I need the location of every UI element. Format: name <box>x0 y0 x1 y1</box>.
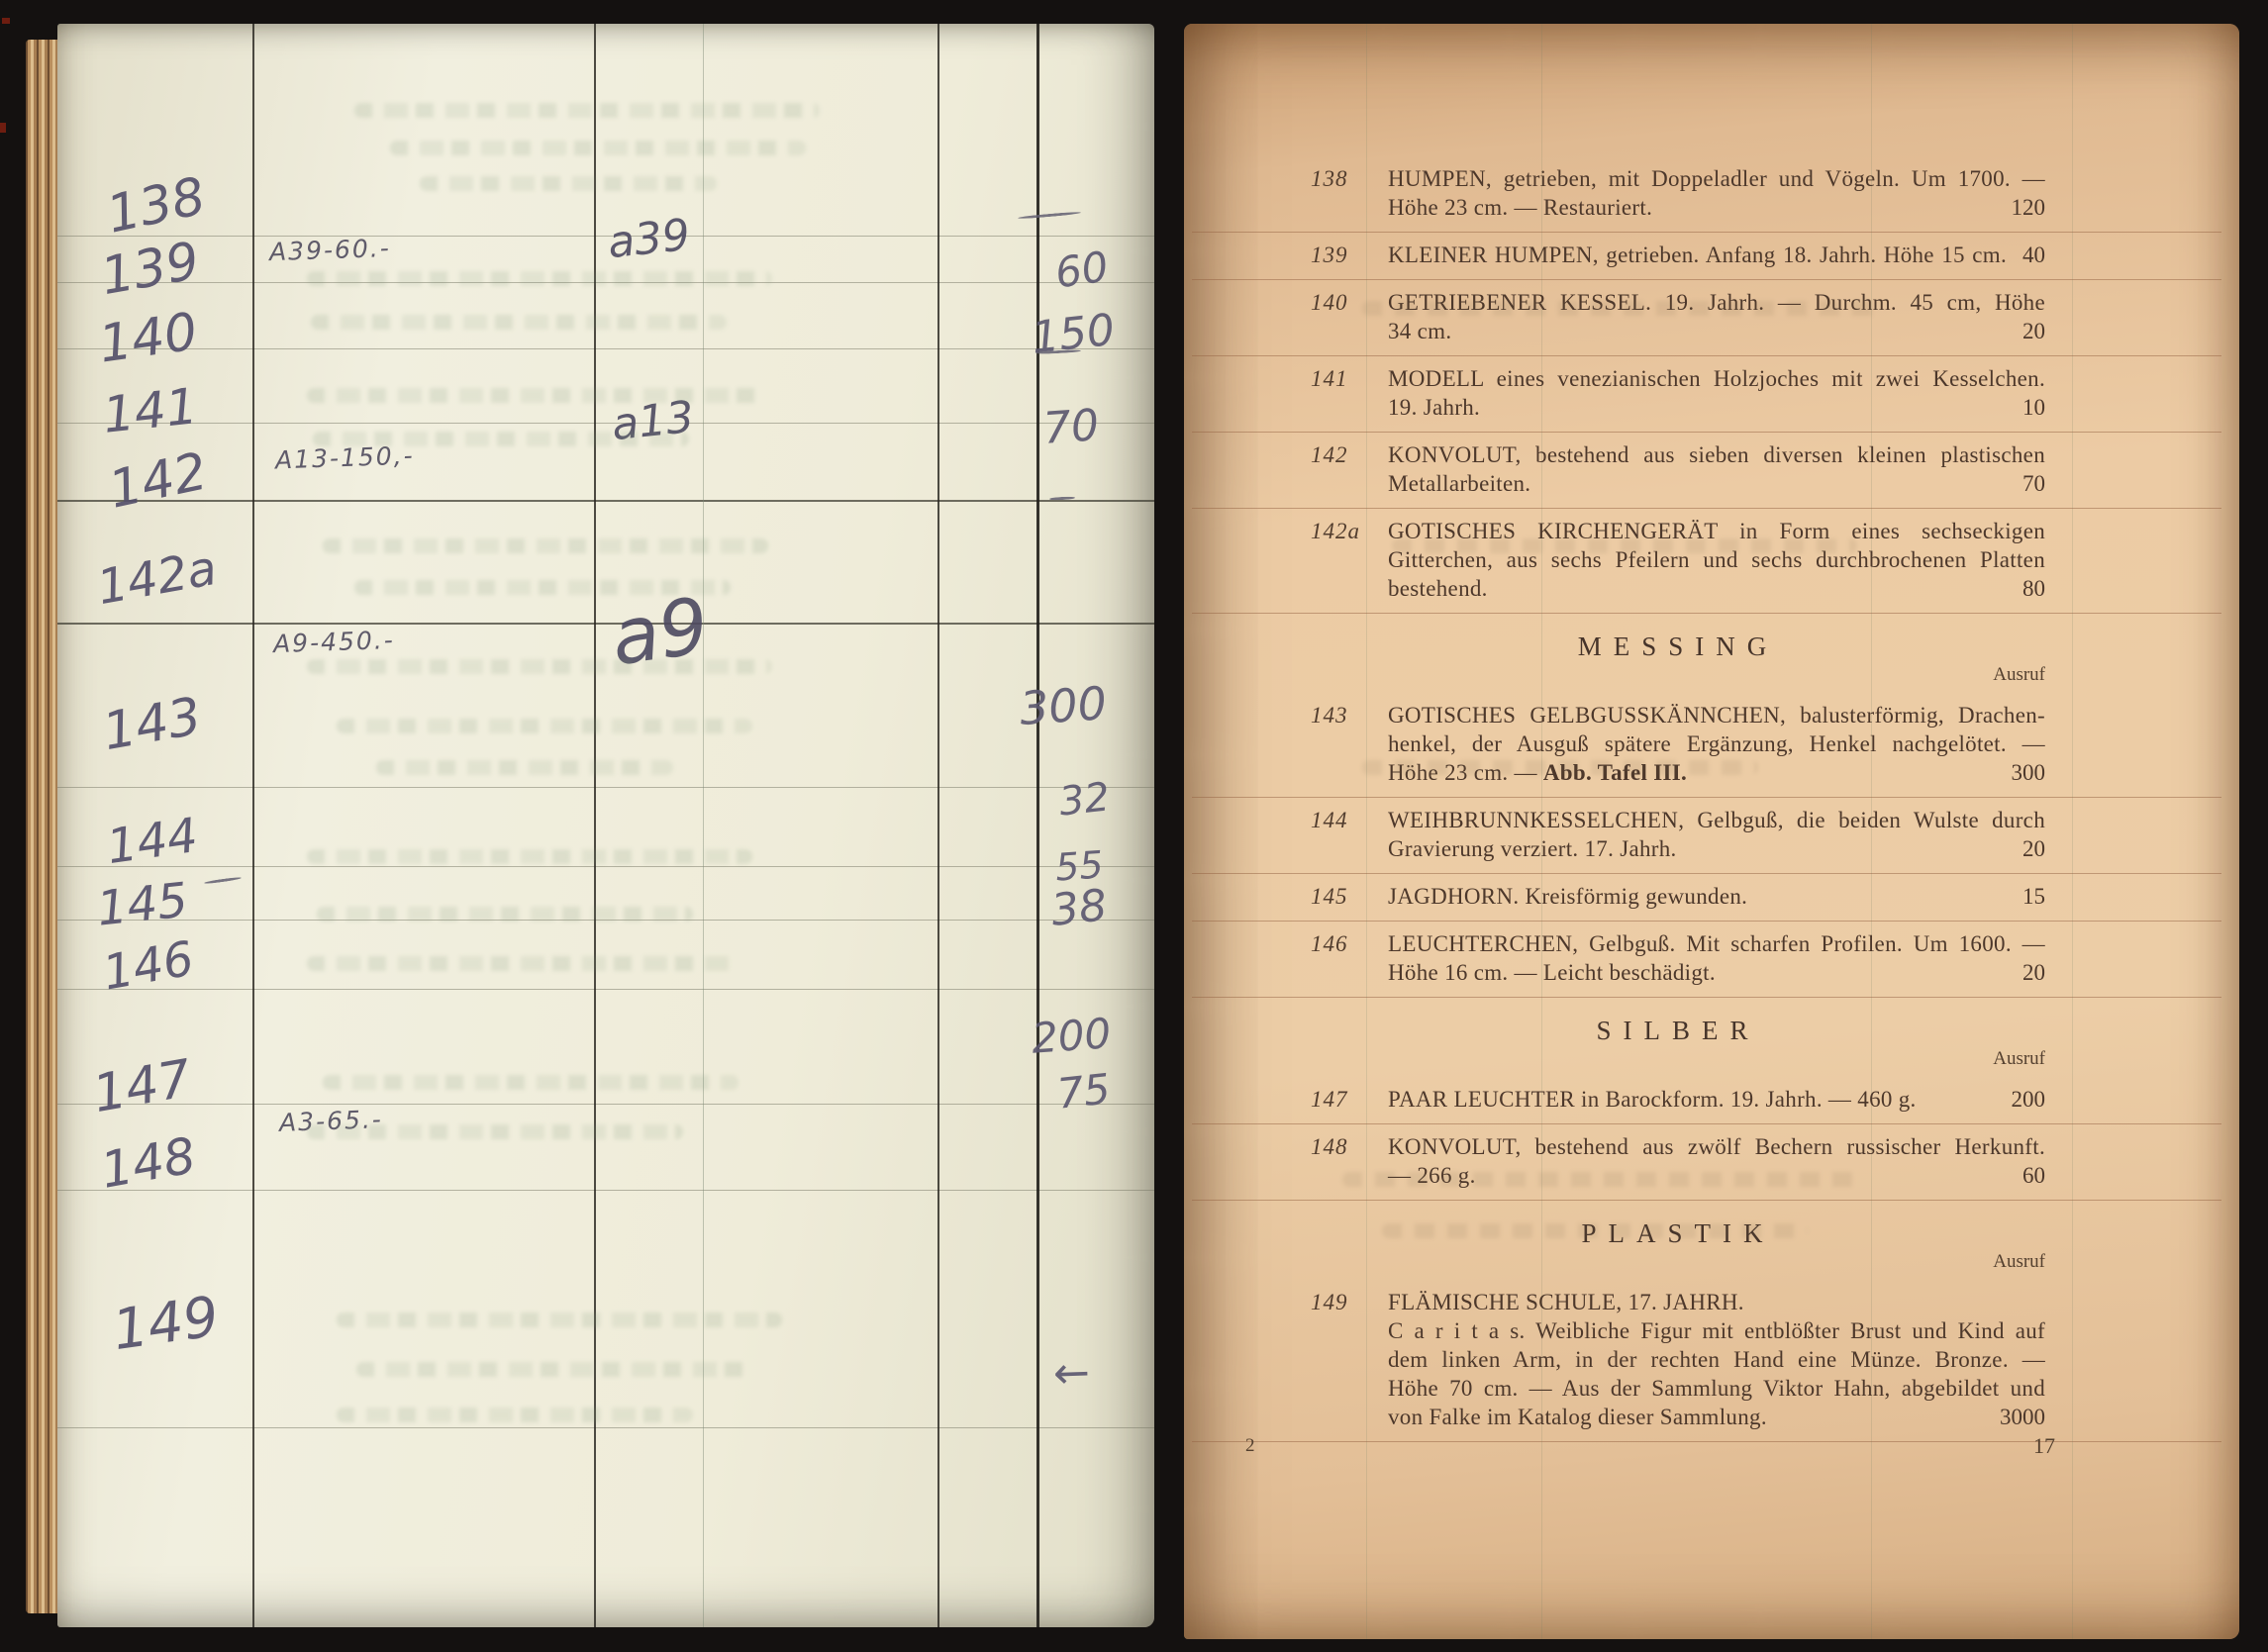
handwritten-price: 75 <box>1055 1068 1113 1115</box>
entry-text: WEIHBRUNNKESSELCHEN, Gelbguß, die beiden… <box>1388 806 2045 834</box>
bleed-through-text <box>317 907 693 922</box>
lot-number: 146 <box>1311 929 1388 987</box>
entry-body: HUMPEN, getrieben, mit Doppeladler und V… <box>1388 164 2045 222</box>
entry-line: PAAR LEUCHTER in Barockform. 19. Jahrh. … <box>1388 1085 2045 1114</box>
entry-line: Höhe 70 cm. — Aus der Sammlung Viktor Ha… <box>1388 1374 2045 1403</box>
handwritten-lot-number: 141 <box>101 381 200 440</box>
bleed-through-text <box>307 659 772 674</box>
entry-body: PAAR LEUCHTER in Barockform. 19. Jahrh. … <box>1388 1085 2045 1114</box>
handwritten-lot-number: 145 <box>95 876 190 932</box>
ausruf-price: 3000 <box>2000 1403 2045 1431</box>
entry-text: Höhe 70 cm. — Aus der Sammlung Viktor Ha… <box>1388 1374 2045 1403</box>
catalog-entry: 139KLEINER HUMPEN, getrieben. Anfang 18.… <box>1192 233 2221 280</box>
catalog-entry: 140GETRIEBENER KESSEL. 19. Jahrh. — Durc… <box>1192 280 2221 356</box>
handwritten-lot-number: 142 <box>105 445 212 517</box>
entry-line: 34 cm.20 <box>1388 317 2045 345</box>
ruled-line <box>57 989 1154 990</box>
ausruf-price: 20 <box>2022 317 2045 345</box>
catalog-entry: 141MODELL eines venezianischen Holzjoche… <box>1192 356 2221 433</box>
ruled-line <box>57 500 1154 502</box>
entry-line: bestehend.80 <box>1388 574 2045 603</box>
lot-number: 149 <box>1311 1288 1388 1431</box>
entry-text: henkel, der Ausguß spätere Ergänzung, He… <box>1388 729 2045 758</box>
entry-text: KONVOLUT, bestehend aus sieben diversen … <box>1388 440 2045 469</box>
section-title: MESSING <box>1311 630 2045 663</box>
entry-text: C a r i t a s. Weibliche Figur mit entbl… <box>1388 1316 2045 1345</box>
entry-text: Metallarbeiten. <box>1388 469 2007 498</box>
bleed-through-text <box>356 1362 752 1377</box>
catalog-entry: 142KONVOLUT, bestehend aus sieben divers… <box>1192 433 2221 509</box>
entry-line: Gravierung verziert. 17. Jahrh.20 <box>1388 834 2045 863</box>
handwritten-lot-number: 147 <box>89 1053 195 1120</box>
ruled-line <box>57 623 1154 625</box>
handwritten-lot-number: 142a <box>94 544 221 612</box>
entry-body: JAGDHORN. Kreisförmig gewunden.15 <box>1388 882 2045 911</box>
entry-text: KONVOLUT, bestehend aus zwölf Bechern ru… <box>1388 1132 2045 1161</box>
entry-body: FLÄMISCHE SCHULE, 17. JAHRH.C a r i t a … <box>1388 1288 2045 1431</box>
ausruf-price: 15 <box>2022 882 2045 911</box>
bleed-through-text <box>1362 301 1877 316</box>
bleed-through-text <box>390 141 806 155</box>
entry-text: bestehend. <box>1388 574 2007 603</box>
bleed-through-text <box>376 760 673 775</box>
entry-text: MODELL eines venezianischen Holzjoches m… <box>1388 364 2045 393</box>
ruled-line <box>57 348 1154 349</box>
page-edge-stack <box>26 40 59 1613</box>
bleed-through-text <box>311 315 727 330</box>
ausruf-price: 60 <box>2022 1161 2045 1190</box>
entry-line: GOTISCHES GELBGUSSKÄNNCHEN, balusterförm… <box>1388 701 2045 729</box>
handwritten-lot-number: 146 <box>100 934 198 997</box>
section-header-block: MESSINGAusruf <box>1311 630 2045 687</box>
ruled-line <box>57 1190 1154 1191</box>
catalog-entry: 147PAAR LEUCHTER in Barockform. 19. Jahr… <box>1192 1077 2221 1124</box>
page-number: 17 <box>2033 1433 2055 1459</box>
bleed-through-text <box>1382 1223 1808 1238</box>
ruled-line <box>57 1104 1154 1105</box>
handwritten-lot-number: 138 <box>103 170 210 242</box>
handwritten-annotation: A39-60.- <box>269 236 392 264</box>
lot-number: 138 <box>1311 164 1388 222</box>
ausruf-price: 40 <box>2022 241 2045 269</box>
column-rule <box>703 24 704 1627</box>
column-rule <box>937 24 939 1627</box>
entry-text: Gravierung verziert. 17. Jahrh. <box>1388 834 2007 863</box>
lot-number: 141 <box>1311 364 1388 422</box>
entry-body: KLEINER HUMPEN, getrieben. Anfang 18. Ja… <box>1388 241 2045 269</box>
catalog-entry: 146LEUCHTERCHEN, Gelbguß. Mit scharfen P… <box>1192 922 2221 998</box>
handwritten-lot-number: 149 <box>110 1290 223 1359</box>
ausruf-price: 20 <box>2022 834 2045 863</box>
edge-mark <box>2 18 10 24</box>
entry-text: GOTISCHES GELBGUSSKÄNNCHEN, balusterförm… <box>1388 701 2045 729</box>
entry-line: Höhe 23 cm. — Restauriert.120 <box>1388 193 2045 222</box>
entry-line: JAGDHORN. Kreisförmig gewunden.15 <box>1388 882 2045 911</box>
bleed-through-text <box>323 1075 739 1090</box>
handwritten-lot-number: 148 <box>97 1130 199 1196</box>
entry-line: KLEINER HUMPEN, getrieben. Anfang 18. Ja… <box>1388 241 2045 269</box>
handwritten-price: 200 <box>1031 1013 1113 1059</box>
bleed-through-text <box>307 956 733 971</box>
entry-line: Metallarbeiten.70 <box>1388 469 2045 498</box>
lot-number: 142 <box>1311 440 1388 498</box>
entry-line: von Falke im Katalog dieser Sammlung.300… <box>1388 1403 2045 1431</box>
edge-mark <box>0 123 6 133</box>
entry-line: FLÄMISCHE SCHULE, 17. JAHRH. <box>1388 1288 2045 1316</box>
lot-number: 144 <box>1311 806 1388 863</box>
entry-body: KONVOLUT, bestehend aus sieben diversen … <box>1388 440 2045 498</box>
book-photo: 138 139 140 141 142 142a 143 144 145 146… <box>0 0 2268 1652</box>
bleed-through-text <box>307 388 762 403</box>
handwritten-lot-number: 139 <box>97 236 203 303</box>
ruled-line <box>57 1427 1154 1428</box>
ausruf-price: 120 <box>2012 193 2046 222</box>
entry-text: 19. Jahrh. <box>1388 393 2007 422</box>
ausruf-price: 300 <box>2012 758 2046 787</box>
entry-text: Höhe 16 cm. — Leicht beschädigt. <box>1388 958 2007 987</box>
entry-line: C a r i t a s. Weibliche Figur mit entbl… <box>1388 1316 2045 1345</box>
ausruf-label: Ausruf <box>1311 1047 2045 1071</box>
entry-line: MODELL eines venezianischen Holzjoches m… <box>1388 364 2045 393</box>
handwritten-price: 38 <box>1049 884 1109 933</box>
entry-line: KONVOLUT, bestehend aus sieben diversen … <box>1388 440 2045 469</box>
entry-line: Höhe 16 cm. — Leicht beschädigt.20 <box>1388 958 2045 987</box>
column-rule <box>594 24 596 1627</box>
catalog-entry: 144WEIHBRUNNKESSELCHEN, Gelbguß, die bei… <box>1192 798 2221 874</box>
ausruf-price: 80 <box>2022 574 2045 603</box>
catalog-entry: 149FLÄMISCHE SCHULE, 17. JAHRH.C a r i t… <box>1192 1280 2221 1442</box>
entry-line: 19. Jahrh.10 <box>1388 393 2045 422</box>
ausruf-label: Ausruf <box>1311 663 2045 687</box>
lot-number: 140 <box>1311 288 1388 345</box>
entry-body: GOTISCHES KIRCHENGERÄT in Form eines sec… <box>1388 517 2045 603</box>
ausruf-price: 200 <box>2012 1085 2046 1114</box>
handwritten-dash <box>204 876 242 884</box>
bleed-through-text <box>337 719 752 733</box>
entry-body: WEIHBRUNNKESSELCHEN, Gelbguß, die beiden… <box>1388 806 2045 863</box>
column-rule <box>252 24 254 1627</box>
handwritten-dash <box>1018 211 1081 220</box>
lot-number: 142a <box>1311 517 1388 603</box>
bleed-through-text <box>354 103 820 118</box>
entry-text: Höhe 23 cm. — Restauriert. <box>1388 193 1996 222</box>
handwritten-price: 70 <box>1042 404 1101 451</box>
entry-line: dem linken Arm, in der rechten Hand eine… <box>1388 1345 2045 1374</box>
column-rule <box>1036 24 1039 1627</box>
catalog-entry: 138HUMPEN, getrieben, mit Doppeladler un… <box>1192 156 2221 233</box>
handwritten-annotation: A9-450.- <box>273 628 396 656</box>
entry-text: HUMPEN, getrieben, mit Doppeladler und V… <box>1388 164 2045 193</box>
handwritten-lot-number: 140 <box>96 306 201 370</box>
lot-number: 139 <box>1311 241 1388 269</box>
ledger-page: 138 139 140 141 142 142a 143 144 145 146… <box>57 24 1154 1627</box>
bleed-through-text <box>307 849 752 864</box>
signature-mark: 2 <box>1245 1435 1255 1457</box>
bleed-through-text <box>323 538 768 553</box>
handwritten-price: 32 <box>1057 777 1112 822</box>
ruled-line <box>57 423 1154 424</box>
bleed-through-text <box>337 1312 782 1327</box>
handwritten-mark: a39 <box>606 214 692 265</box>
section-header-block: SILBERAusruf <box>1311 1014 2045 1071</box>
handwritten-lot-number: 144 <box>104 812 200 871</box>
entry-line: KONVOLUT, bestehend aus zwölf Bechern ru… <box>1388 1132 2045 1161</box>
section-title: SILBER <box>1311 1014 2045 1047</box>
ausruf-price: 20 <box>2022 958 2045 987</box>
bleed-through-text <box>1362 760 1758 775</box>
bleed-through-text <box>420 176 717 191</box>
entry-text: PAAR LEUCHTER in Barockform. 19. Jahrh. … <box>1388 1085 1996 1114</box>
handwritten-annotation: A13-150,- <box>275 443 415 473</box>
entry-text: dem linken Arm, in der rechten Hand eine… <box>1388 1345 2045 1374</box>
entry-body: LEUCHTERCHEN, Gelbguß. Mit scharfen Prof… <box>1388 929 2045 987</box>
entry-line: henkel, der Ausguß spätere Ergänzung, He… <box>1388 729 2045 758</box>
handwritten-arrow-mark: ← <box>1052 1351 1090 1396</box>
catalog-entry: 143GOTISCHES GELBGUSSKÄNNCHEN, balusterf… <box>1192 693 2221 798</box>
bleed-through-text <box>307 271 772 286</box>
bleed-through-text <box>1392 538 1857 553</box>
handwritten-lot-number: 143 <box>99 691 205 758</box>
bleed-through-text <box>307 1124 683 1139</box>
lot-number: 145 <box>1311 882 1388 911</box>
entry-text: von Falke im Katalog dieser Sammlung. <box>1388 1403 1984 1431</box>
entry-text: KLEINER HUMPEN, getrieben. Anfang 18. Ja… <box>1388 241 2007 269</box>
bleed-through-text <box>354 580 731 595</box>
ruled-line <box>57 236 1154 237</box>
catalog-page: 138HUMPEN, getrieben, mit Doppeladler un… <box>1184 24 2239 1639</box>
entry-body: GETRIEBENER KESSEL. 19. Jahrh. — Durchm.… <box>1388 288 2045 345</box>
ausruf-label: Ausruf <box>1311 1250 2045 1274</box>
entry-line: WEIHBRUNNKESSELCHEN, Gelbguß, die beiden… <box>1388 806 2045 834</box>
handwritten-price: 60 <box>1052 245 1111 294</box>
bleed-through-text <box>337 1408 693 1422</box>
bleed-through-text <box>313 432 689 446</box>
ausruf-price: 70 <box>2022 469 2045 498</box>
entry-text: LEUCHTERCHEN, Gelbguß. Mit scharfen Prof… <box>1388 929 2045 958</box>
handwritten-price: 300 <box>1019 680 1109 731</box>
entry-text: JAGDHORN. Kreisförmig gewunden. <box>1388 882 2007 911</box>
ruled-line <box>57 866 1154 867</box>
entry-line: LEUCHTERCHEN, Gelbguß. Mit scharfen Prof… <box>1388 929 2045 958</box>
entry-text: 34 cm. <box>1388 317 2007 345</box>
catalog-entry: 145JAGDHORN. Kreisförmig gewunden.15 <box>1192 874 2221 922</box>
entry-line: HUMPEN, getrieben, mit Doppeladler und V… <box>1388 164 2045 193</box>
ruled-line <box>57 787 1154 788</box>
entry-text: FLÄMISCHE SCHULE, 17. JAHRH. <box>1388 1288 2045 1316</box>
bleed-through-text <box>1342 1172 1857 1187</box>
ausruf-price: 10 <box>2022 393 2045 422</box>
catalog-entry: 142aGOTISCHES KIRCHENGERÄT in Form eines… <box>1192 509 2221 614</box>
lot-number: 147 <box>1311 1085 1388 1114</box>
entry-body: MODELL eines venezianischen Holzjoches m… <box>1388 364 2045 422</box>
catalog-entry: 148KONVOLUT, bestehend aus zwölf Bechern… <box>1192 1124 2221 1201</box>
